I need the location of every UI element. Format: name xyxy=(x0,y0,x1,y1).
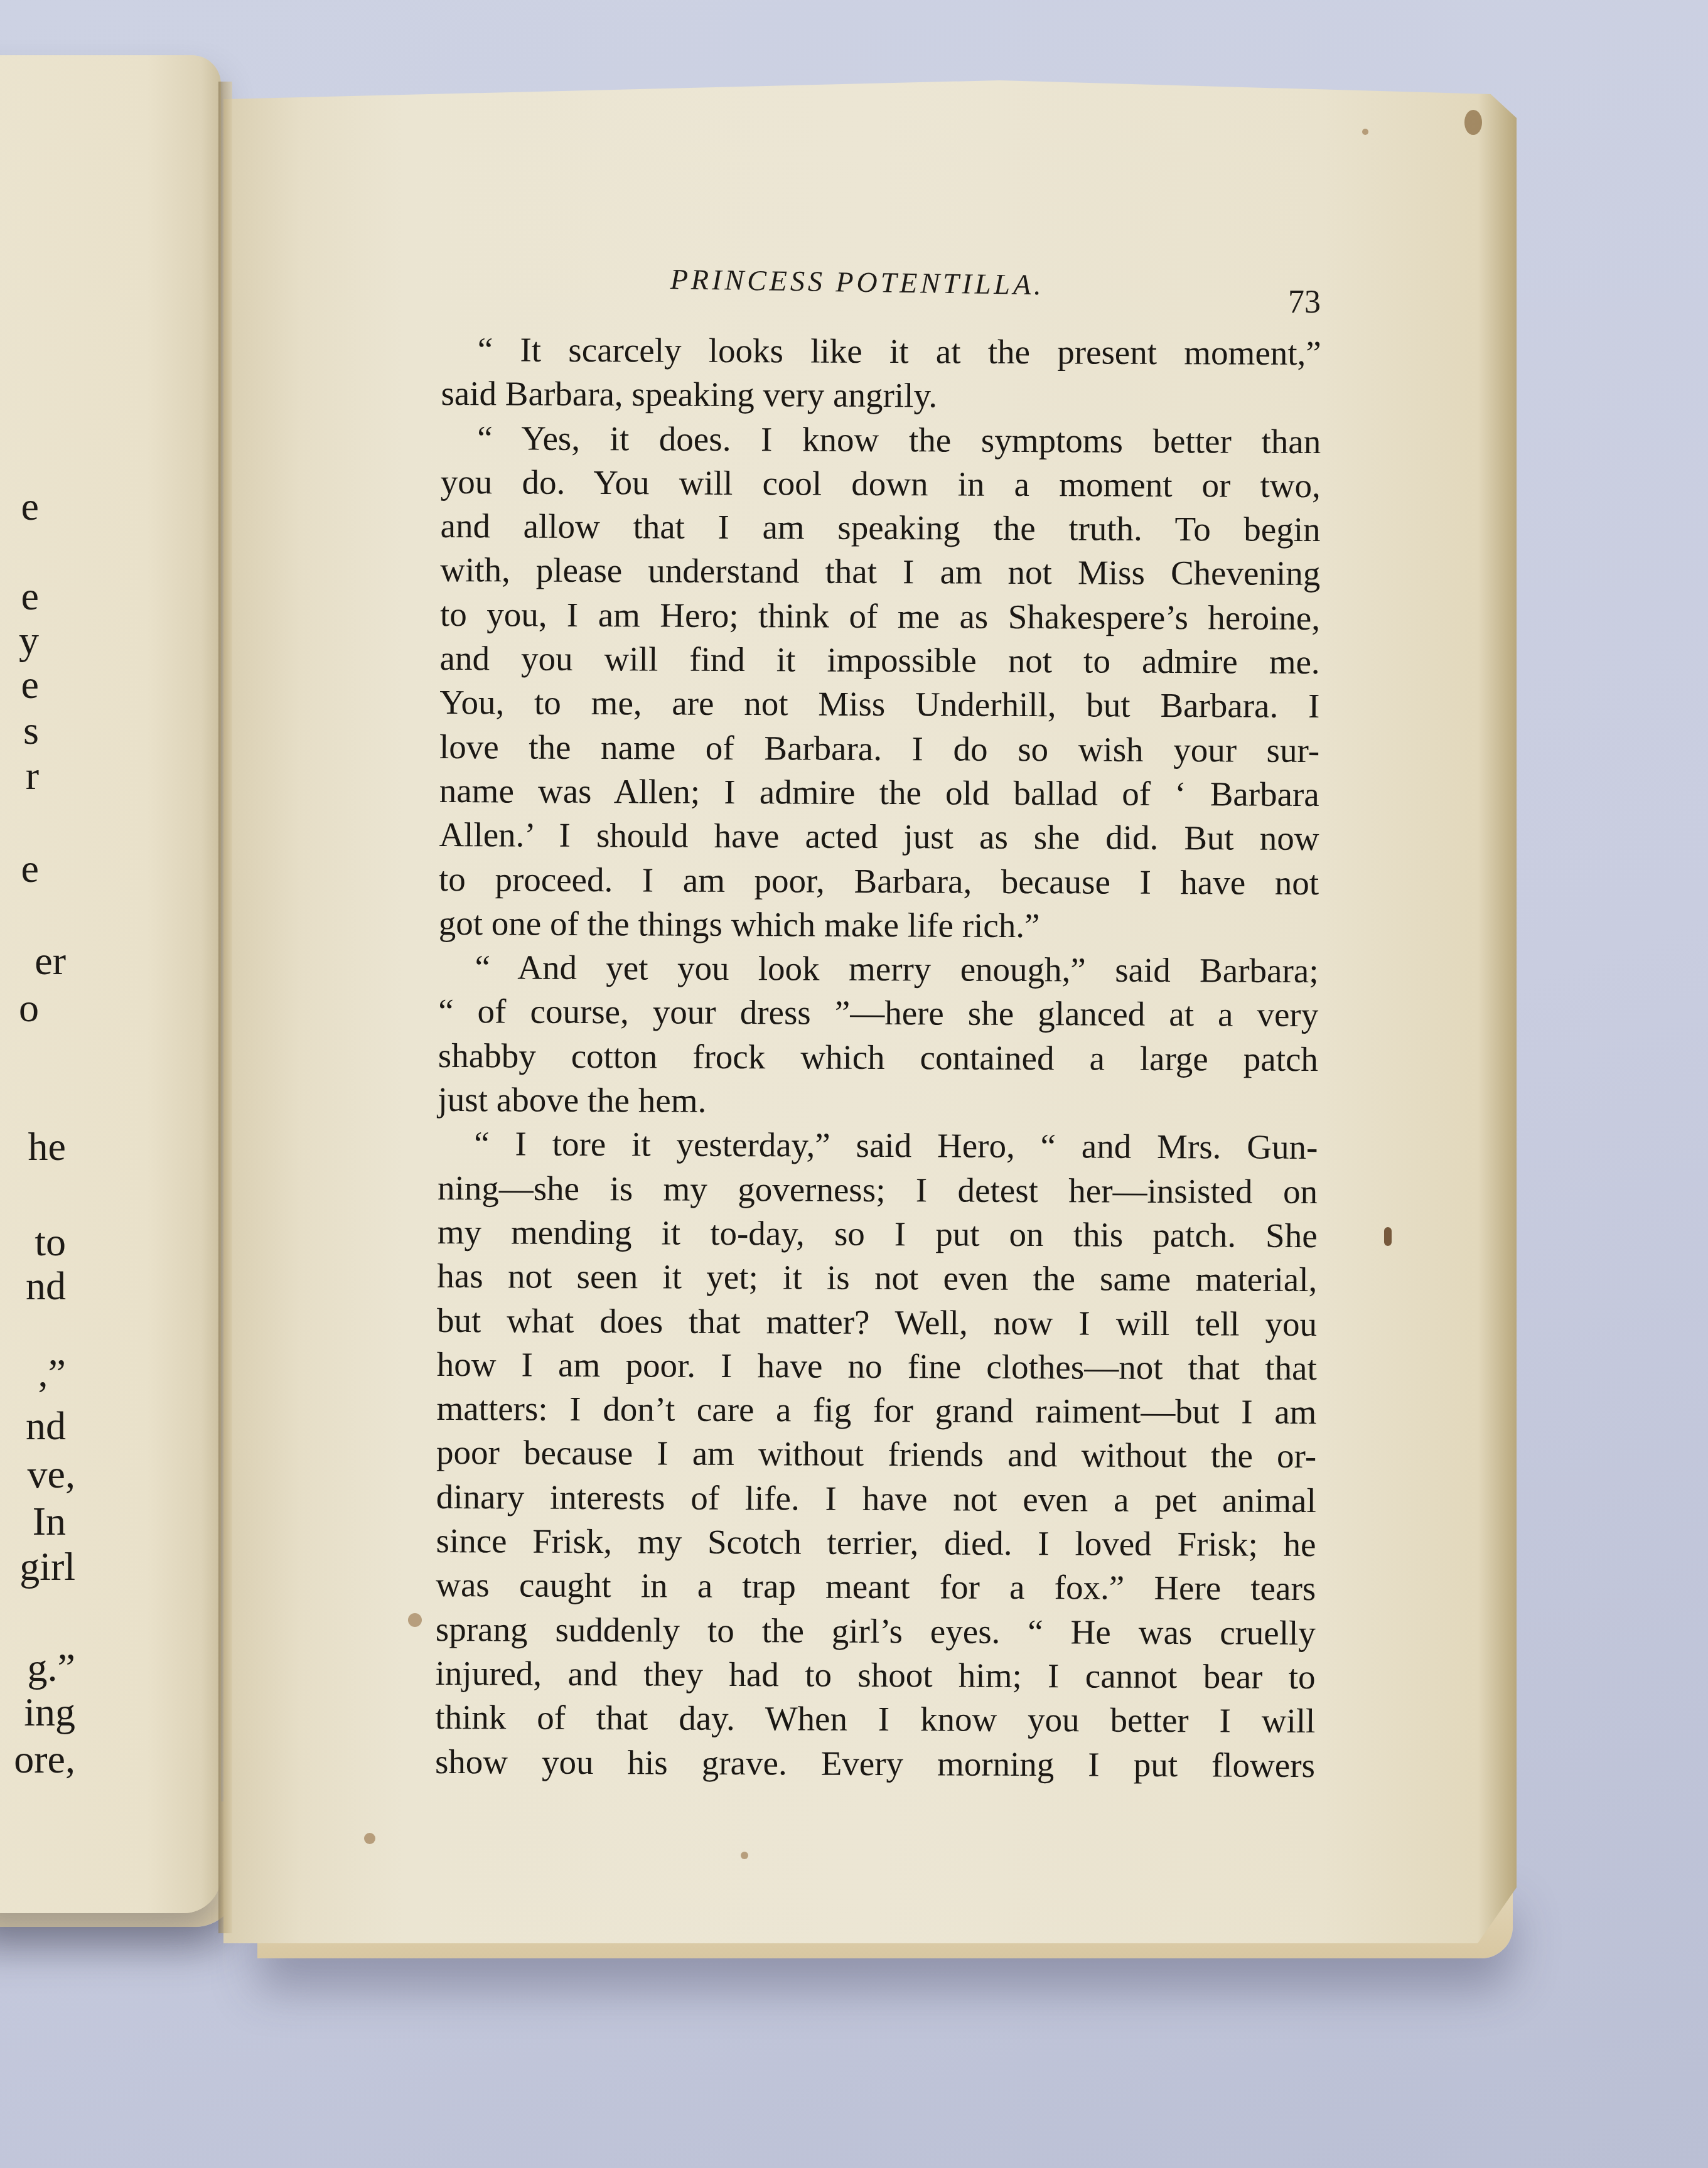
text-line: was caught in a trap meant for a fox.” H… xyxy=(436,1563,1316,1611)
left-page-text-fragment: girl xyxy=(19,1547,75,1587)
text-line: Allen.’ I should have acted just as she … xyxy=(439,813,1319,861)
left-page-text-fragment: nd xyxy=(26,1266,66,1306)
text-line: love the name of Barbara. I do so wish y… xyxy=(439,725,1319,773)
text-line: name was Allen; I admire the old ballad … xyxy=(439,769,1319,817)
running-head: PRINCESS POTENTILLA. xyxy=(670,262,1045,301)
text-line: but what does that matter? Well, now I w… xyxy=(437,1299,1317,1346)
text-line: sprang suddenly to the girl’s eyes. “ He… xyxy=(436,1607,1316,1655)
left-page-text-fragment: s xyxy=(23,711,39,751)
text-line: with, please understand that I am not Mi… xyxy=(440,548,1320,596)
left-page-text-fragment: r xyxy=(26,756,39,796)
text-line: show you his grave. Every morning I put … xyxy=(435,1739,1315,1787)
text-line: and you will find it impossible not to a… xyxy=(440,636,1320,684)
page-number: 73 xyxy=(1288,284,1321,321)
text-line: matters: I don’t care a fig for grand ra… xyxy=(436,1387,1316,1434)
left-page-text-fragment: nd xyxy=(26,1406,66,1446)
text-line: said Barbara, speaking very angrily. xyxy=(441,372,1321,419)
book-photo: eeyesreerohetond,”ndve,Ingirlg.”ingore, … xyxy=(0,0,1708,2168)
text-line: since Frisk, my Scotch terrier, died. I … xyxy=(436,1519,1316,1567)
text-line: poor because I am without friends and wi… xyxy=(436,1430,1316,1478)
text-line: “ of course, your dress ”—here she glanc… xyxy=(438,989,1318,1037)
foxing-spot xyxy=(364,1833,375,1844)
text-line: “ Yes, it does. I know the symptoms bett… xyxy=(441,416,1321,464)
text-line: “ It scarcely looks like it at the prese… xyxy=(441,328,1321,375)
text-line: shabby cotton frock which contained a la… xyxy=(438,1034,1318,1081)
left-page-text-fragment: to xyxy=(35,1222,66,1262)
foxing-spot xyxy=(408,1613,422,1627)
text-line: and allow that I am speaking the truth. … xyxy=(440,504,1320,552)
left-page-text-fragment: e xyxy=(21,486,39,527)
left-page-text-fragment: ore, xyxy=(14,1739,75,1779)
foxing-spot xyxy=(1464,110,1482,135)
left-page-text-fragment: g.” xyxy=(28,1648,75,1688)
left-page: eeyesreerohetond,”ndve,Ingirlg.”ingore, xyxy=(0,55,221,1913)
text-line: my mending it to-day, so I put on this p… xyxy=(438,1210,1318,1258)
foxing-spot xyxy=(741,1852,748,1859)
left-page-text-fragment: he xyxy=(28,1127,66,1167)
text-line: dinary interests of life. I have not eve… xyxy=(436,1475,1316,1523)
left-page-text-fragment: o xyxy=(19,988,39,1028)
text-line: injured, and they had to shoot him; I ca… xyxy=(435,1651,1315,1699)
text-line: You, to me, are not Miss Underhill, but … xyxy=(439,680,1319,728)
left-page-text-fragment: ve, xyxy=(28,1454,75,1495)
left-page-text-fragment: er xyxy=(35,941,66,981)
text-line: you do. You will cool down in a moment o… xyxy=(441,460,1321,508)
left-page-text-fragment: ,” xyxy=(38,1353,66,1393)
page-body-text: “ It scarcely looks like it at the prese… xyxy=(435,328,1321,1788)
foxing-spot xyxy=(1384,1227,1392,1246)
left-page-text-fragment: In xyxy=(33,1501,66,1542)
text-line: has not seen it yet; it is not even the … xyxy=(437,1254,1317,1302)
text-line: “ And yet you look merry enough,” said B… xyxy=(438,945,1318,993)
text-line: “ I tore it yesterday,” said Hero, “ and… xyxy=(438,1122,1318,1169)
text-line: think of that day. When I know you bette… xyxy=(435,1695,1315,1743)
left-page-text-fragment: e xyxy=(21,576,39,616)
left-page-text-fragment: y xyxy=(19,620,39,660)
left-page-text-fragment: e xyxy=(21,665,39,705)
text-line: got one of the things which make life ri… xyxy=(439,901,1319,949)
text-line: how I am poor. I have no fine clothes—no… xyxy=(437,1343,1317,1390)
left-page-text-fragment: e xyxy=(21,849,39,889)
book-gutter xyxy=(218,82,232,1933)
text-line: to proceed. I am poor, Barbara, because … xyxy=(439,857,1319,905)
foxing-spot xyxy=(1362,129,1368,135)
text-line: to you, I am Hero; think of me as Shakes… xyxy=(440,593,1320,640)
text-line: ning—she is my governess; I detest her—i… xyxy=(438,1166,1318,1214)
left-page-text-fragment: ing xyxy=(24,1692,75,1732)
text-line: just above the hem. xyxy=(438,1078,1318,1125)
